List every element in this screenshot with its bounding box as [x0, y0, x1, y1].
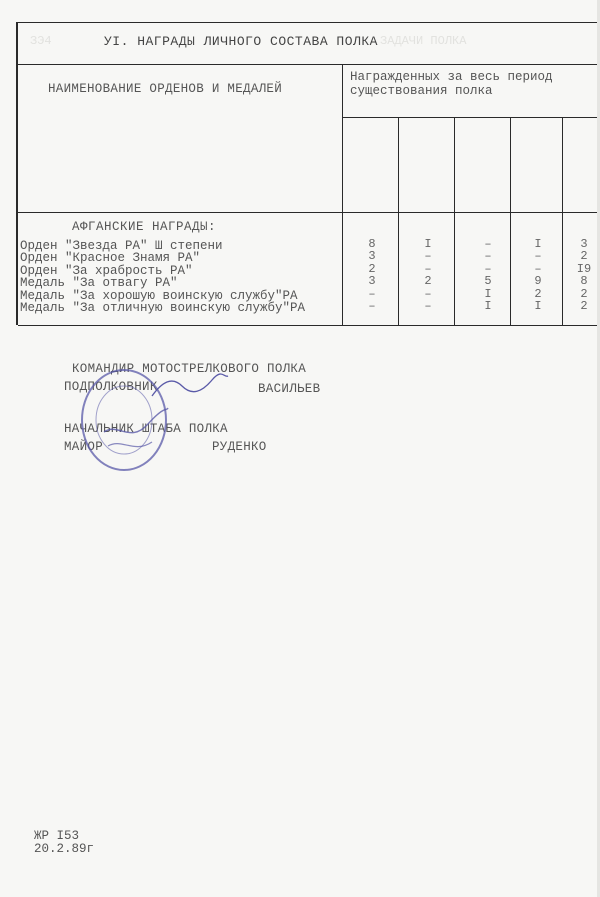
count-cell: 3 — [362, 275, 382, 287]
count-cell: 3 — [362, 250, 382, 262]
count-cell: – — [418, 300, 438, 312]
count-cell: I — [528, 300, 548, 312]
award-list: Орден "Звезда РА" Ш степени Орден "Красн… — [20, 240, 305, 314]
column-divider — [398, 117, 399, 325]
header-line: Награжденных за весь период — [350, 70, 553, 84]
count-cell: 2 — [574, 300, 594, 312]
count-cell: – — [478, 250, 498, 262]
header-divider — [18, 64, 600, 65]
header-line: существования полка — [350, 84, 553, 98]
count-cell: 2 — [574, 250, 594, 262]
count-column-2: I – – 2 – – — [418, 238, 438, 312]
column-divider — [454, 117, 455, 325]
count-cell: I — [478, 300, 498, 312]
column-divider — [510, 117, 511, 325]
column-divider — [342, 64, 343, 325]
table-top-border — [18, 22, 600, 23]
count-cell: – — [418, 250, 438, 262]
header-awarded-count: Награжденных за весь период существовани… — [350, 70, 553, 98]
reference-date: 20.2.89г — [34, 843, 94, 856]
count-column-1: 8 3 2 3 – – — [362, 238, 382, 312]
commander-signature-icon — [150, 372, 230, 402]
document-reference: ЖР I53 20.2.89г — [34, 830, 94, 856]
commander-name: ВАСИЛЬЕВ — [258, 382, 320, 396]
header-award-name: НАИМЕНОВАНИЕ ОРДЕНОВ И МЕДАЛЕЙ — [48, 82, 282, 96]
count-cell: 9 — [528, 275, 548, 287]
award-item: Медаль "За отличную воинскую службу"РА — [20, 302, 305, 314]
award-item: Медаль "За отвагу РА" — [20, 277, 305, 289]
table-bottom-border — [18, 325, 600, 326]
group-title: АФГАНСКИЕ НАГРАДЫ: — [72, 220, 216, 234]
body-divider — [18, 212, 600, 213]
count-column-5: 3 2 I9 8 2 2 — [574, 238, 594, 312]
column-divider — [562, 117, 563, 325]
award-item: Орден "Красное Знамя РА" — [20, 252, 305, 264]
section-title: УI. НАГРАДЫ ЛИЧНОГО СОСТАВА ПОЛКА — [104, 34, 378, 49]
count-column-4: I – – 9 2 I — [528, 238, 548, 312]
count-cell: 2 — [418, 275, 438, 287]
chief-name: РУДЕНКО — [212, 440, 267, 454]
count-column-3: – – – 5 I I — [478, 238, 498, 312]
count-cell: 8 — [574, 275, 594, 287]
count-cell: 5 — [478, 275, 498, 287]
count-cell: – — [528, 250, 548, 262]
count-cell: – — [362, 300, 382, 312]
